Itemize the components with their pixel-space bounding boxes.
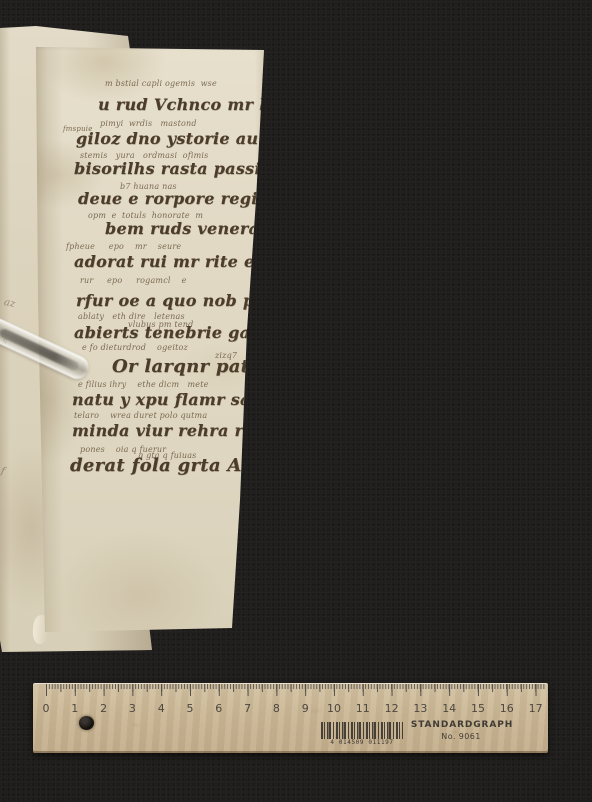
show-through-mark: az [3, 297, 16, 310]
manuscript-line: telaro wrea duret polo qutma [74, 412, 207, 420]
photo-backdrop: azsf m bstial capli ogemis wseu rud Vchn… [0, 0, 592, 802]
ruler-number: 16 [500, 702, 514, 715]
ruler-number: 10 [327, 702, 341, 715]
ruler-number: 1 [71, 702, 78, 715]
ruler-number: 7 [244, 702, 251, 715]
ruler-number: 14 [442, 702, 456, 715]
barcode-bars [321, 722, 403, 739]
manuscript-text-layer: m bstial capli ogemis wseu rud Vchnco mr… [33, 44, 269, 636]
manuscript-line: abierts tenebrie gaudia [74, 325, 291, 341]
ruler-number: 11 [356, 702, 370, 715]
show-through-mark: f [0, 466, 6, 478]
barcode: 4 014509 011197 [321, 722, 403, 746]
manuscript-line: bisorilhs rasta passi natq h [74, 161, 326, 177]
ruler-number: 9 [302, 702, 309, 715]
manuscript-line: rur epo rogamcl e [80, 277, 187, 285]
manuscript-page: m bstial capli ogemis wseu rud Vchnco mr… [33, 44, 269, 636]
ruler-number: 8 [273, 702, 280, 715]
manuscript-line: bem ruds venerat c [105, 221, 283, 237]
ruler-number: 2 [100, 702, 107, 715]
ruler-number: 12 [385, 702, 399, 715]
manuscript-line: derat fola grta Ame [70, 457, 273, 475]
manuscript-line: pimyi wrdis mastond [100, 120, 197, 128]
ruler-number: 13 [413, 702, 427, 715]
manuscript-line: natu y xpu flamr sar [72, 392, 259, 408]
manuscript-line: adorat rui mr rite etenua [74, 254, 307, 270]
ruler: 01234567891011121314151617 4 014509 0111… [33, 683, 548, 753]
ruler-number: 15 [471, 702, 485, 715]
ruler-number: 5 [187, 702, 194, 715]
ruler-model: No. 9061 [441, 732, 480, 741]
ruler-number: 6 [215, 702, 222, 715]
manuscript-line: rfur oe a quo nob petio [76, 293, 290, 309]
manuscript-line: deue e rorpore registud [78, 191, 298, 207]
barcode-digits: 4 014509 011197 [321, 739, 403, 746]
ruler-ticks [46, 684, 545, 696]
manuscript-line: fpheue epo mr seure [66, 243, 181, 251]
ruler-brand: STANDARDGRAPH [411, 720, 513, 730]
manuscript-line: u rud Vchnco mr hois [98, 97, 298, 113]
manuscript-line: e filius ihry ethe dicm mete [78, 381, 209, 389]
ruler-number: 0 [43, 702, 50, 715]
manuscript-line: e fo dieturdrod ogeitoz [82, 344, 188, 352]
ruler-number: 3 [129, 702, 136, 715]
ruler-hole [79, 716, 94, 730]
manuscript-line: Or larqnr pat lu [112, 358, 276, 376]
manuscript-line: minda viur rehra regnat [72, 423, 295, 439]
ruler-number: 4 [158, 702, 165, 715]
ruler-number: 17 [529, 702, 543, 715]
manuscript-line: giloz dno ystorie aula sa [76, 131, 301, 147]
manuscript-line: m bstial capli ogemis wse [105, 80, 217, 88]
